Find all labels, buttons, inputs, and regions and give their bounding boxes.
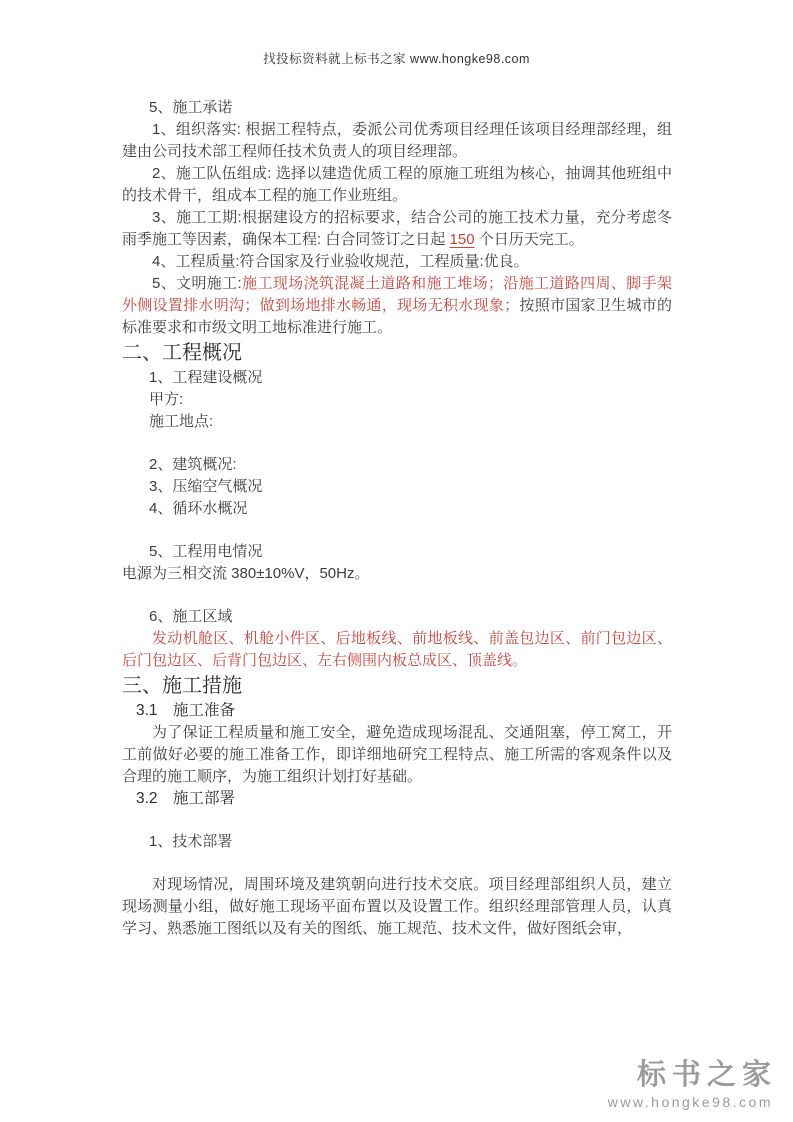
subsection-heading: 3.1 施工准备 bbox=[122, 700, 672, 722]
text-line: 1、工程建设概况 bbox=[122, 367, 672, 389]
text-run: 6、施工区域 bbox=[149, 608, 232, 625]
text-run: 2、施工队伍组成: 选择以建造优质工程的原施工班组为核心，抽调其他班组中的技术骨… bbox=[122, 165, 672, 204]
spacer bbox=[122, 585, 672, 606]
text-run: 1、技术部署 bbox=[149, 833, 232, 850]
spacer bbox=[122, 520, 672, 541]
section-heading: 二、工程概况 bbox=[122, 339, 672, 367]
watermark-url: www.hongke98.com bbox=[608, 1095, 773, 1110]
red-text-run: 发动机舱区、机舱小件区、后地板线、前地板线、前盖包边区、前门包边区、后门包边区、… bbox=[122, 630, 672, 669]
text-line: 3、压缩空气概况 bbox=[122, 476, 672, 498]
text-line: 施工地点: bbox=[122, 411, 672, 433]
text-run: 5、施工承诺 bbox=[149, 99, 232, 116]
text-run: 3、压缩空气概况 bbox=[149, 478, 262, 495]
text-run: 对现场情况，周围环境及建筑朝向进行技术交底。项目经理部组织人员，建立现场测量小组… bbox=[122, 876, 672, 937]
text-line: 5、施工承诺 bbox=[122, 97, 672, 119]
watermark: 标书之家 www.hongke98.com bbox=[608, 1060, 773, 1110]
text-line: 5、工程用电情况 bbox=[122, 541, 672, 563]
paragraph: 1、组织落实: 根据工程特点，委派公司优秀项目经理任该项目经理部经理，组建由公司… bbox=[122, 119, 672, 163]
paragraph: 4、工程质量:符合国家及行业验收规范，工程质量:优良。 bbox=[122, 251, 672, 273]
text-line: 6、施工区域 bbox=[122, 606, 672, 628]
paragraph: 发动机舱区、机舱小件区、后地板线、前地板线、前盖包边区、前门包边区、后门包边区、… bbox=[122, 628, 672, 672]
paragraph: 5、文明施工:施工现场浇筑混凝土道路和施工堆场；沿施工道路四周、脚手架外侧设置排… bbox=[122, 273, 672, 339]
spacer bbox=[122, 853, 672, 874]
text-line: 2、建筑概况: bbox=[122, 454, 672, 476]
paragraph: 为了保证工程质量和施工安全，避免造成现场混乱、交通阻塞，停工窝工，开工前做好必要… bbox=[122, 722, 672, 788]
text-run: 3、施工工期:根据建设方的招标要求，结合公司的施工技术力量，充分考虑冬雨季施工等… bbox=[122, 209, 672, 248]
text-run: 施工地点: bbox=[149, 413, 213, 430]
spacer bbox=[122, 433, 672, 454]
text-line: 甲方: bbox=[122, 389, 672, 411]
section-heading: 三、施工措施 bbox=[122, 672, 672, 700]
red-text-run: 150 bbox=[450, 231, 475, 248]
paragraph: 对现场情况，周围环境及建筑朝向进行技术交底。项目经理部组织人员，建立现场测量小组… bbox=[122, 874, 672, 940]
subsection-heading: 3.2 施工部署 bbox=[122, 788, 672, 810]
text-line: 1、技术部署 bbox=[122, 831, 672, 853]
text-run: 个日历天完工。 bbox=[475, 231, 584, 248]
text-run: 甲方: bbox=[149, 391, 183, 408]
text-run: 4、循环水概况 bbox=[149, 500, 247, 517]
spacer bbox=[122, 810, 672, 831]
text-run: 1、组织落实: 根据工程特点，委派公司优秀项目经理任该项目经理部经理，组建由公司… bbox=[122, 121, 672, 160]
text-run: 2、建筑概况: bbox=[149, 456, 237, 473]
document-page: 找投标资料就上标书之家 www.hongke98.com 5、施工承诺1、组织落… bbox=[0, 0, 793, 1122]
text-run: 5、工程用电情况 bbox=[149, 543, 262, 560]
text-line: 4、循环水概况 bbox=[122, 498, 672, 520]
text-run: 电源为三相交流 380±10%V，50Hz。 bbox=[122, 565, 369, 582]
text-run: 为了保证工程质量和施工安全，避免造成现场混乱、交通阻塞，停工窝工，开工前做好必要… bbox=[122, 724, 672, 785]
paragraph: 3、施工工期:根据建设方的招标要求，结合公司的施工技术力量，充分考虑冬雨季施工等… bbox=[122, 207, 672, 251]
document-body: 5、施工承诺1、组织落实: 根据工程特点，委派公司优秀项目经理任该项目经理部经理… bbox=[0, 97, 793, 940]
header-site-banner: 找投标资料就上标书之家 www.hongke98.com bbox=[0, 49, 793, 67]
text-run: 1、工程建设概况 bbox=[149, 369, 262, 386]
text-run: 5、文明施工: bbox=[152, 275, 242, 292]
text-run: 4、工程质量:符合国家及行业验收规范，工程质量:优良。 bbox=[152, 253, 529, 270]
watermark-logo: 标书之家 bbox=[608, 1060, 777, 1092]
text-line: 电源为三相交流 380±10%V，50Hz。 bbox=[122, 563, 672, 585]
paragraph: 2、施工队伍组成: 选择以建造优质工程的原施工班组为核心，抽调其他班组中的技术骨… bbox=[122, 163, 672, 207]
